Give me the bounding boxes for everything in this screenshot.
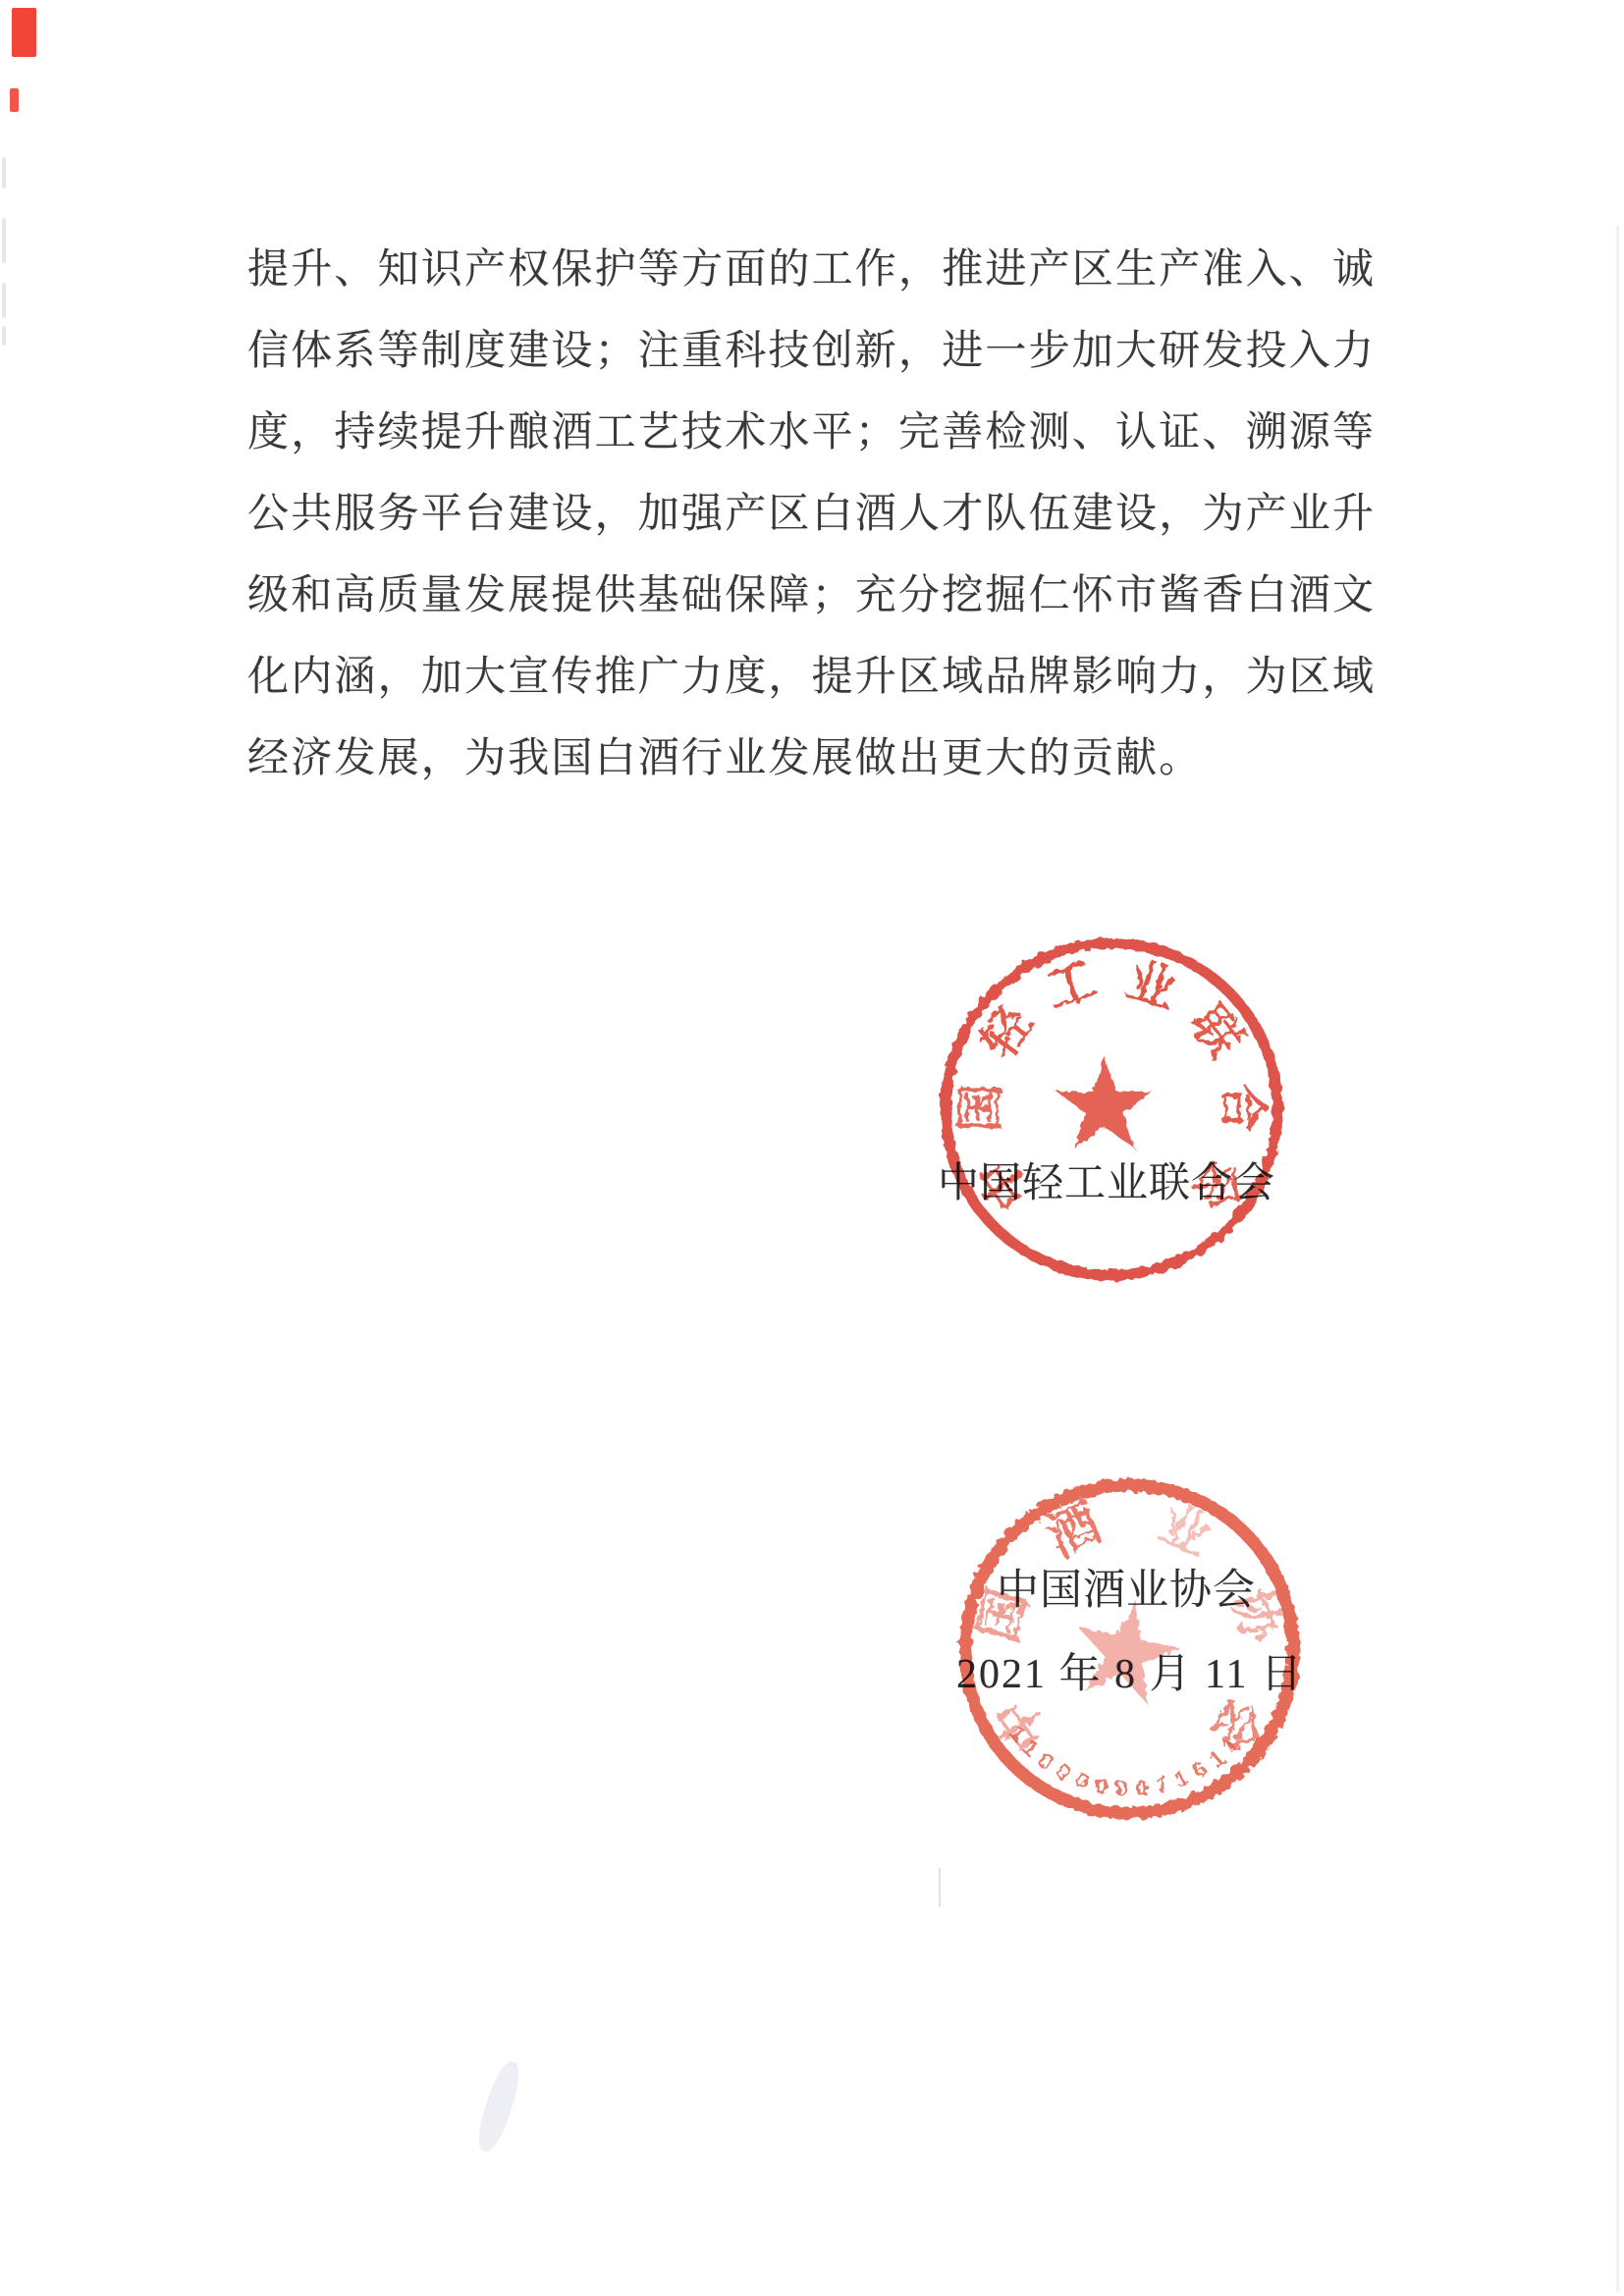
body-paragraph: 提升、知识产权保护等方面的工作，推进产区生产准入、诚 信体系等制度建设；注重科技…: [247, 230, 1391, 800]
seal-ring-char: 协: [1221, 1583, 1290, 1649]
china-light-industry-federation-seal: 中 国 轻 工 业 联 合 会: [905, 903, 1318, 1315]
scan-streak: [2, 283, 6, 318]
star-icon: [1064, 1589, 1187, 1708]
scan-streak: [2, 157, 6, 188]
scan-edge-line: [1616, 226, 1619, 2292]
body-line: 级和高质量发展提供基础保障；充分挖掘仁怀市酱香白酒文: [247, 556, 1391, 637]
scan-streak: [2, 326, 6, 346]
seal-ring-char: 合: [1215, 1083, 1271, 1133]
body-line: 公共服务平台建设，加强产区白酒人才队伍建设，为产业升: [247, 474, 1391, 556]
body-line: 度，持续提升酿酒工艺技术水平；完善检测、认证、溯源等: [247, 393, 1391, 474]
scan-streak: [2, 218, 6, 263]
seal-ring-char: 国: [969, 1583, 1037, 1647]
scan-speck: [939, 1868, 941, 1907]
body-line: 信体系等制度建设；注重科技创新，进一步加大研发投入力: [247, 311, 1391, 393]
body-line: 化内涵，加大宣传推广力度，提升区域品牌影响力，为区域: [247, 637, 1391, 719]
china-alcoholic-drinks-association-seal: 中 国 酒 业 协 会 1100000071611: [923, 1443, 1335, 1855]
body-line: 经济发展，为我国白酒行业发展做出更大的贡献。: [247, 719, 1391, 800]
scanned-document-page: 提升、知识产权保护等方面的工作，推进产区生产准入、诚 信体系等制度建设；注重科技…: [0, 0, 1624, 2296]
seal-ring-char: 国: [953, 1083, 1009, 1133]
body-line: 提升、知识产权保护等方面的工作，推进产区生产准入、诚: [247, 230, 1391, 311]
star-icon: [1056, 1056, 1154, 1148]
red-corner-mark: [10, 88, 19, 112]
scan-smudge: [472, 2057, 525, 2155]
red-corner-mark: [12, 8, 36, 57]
